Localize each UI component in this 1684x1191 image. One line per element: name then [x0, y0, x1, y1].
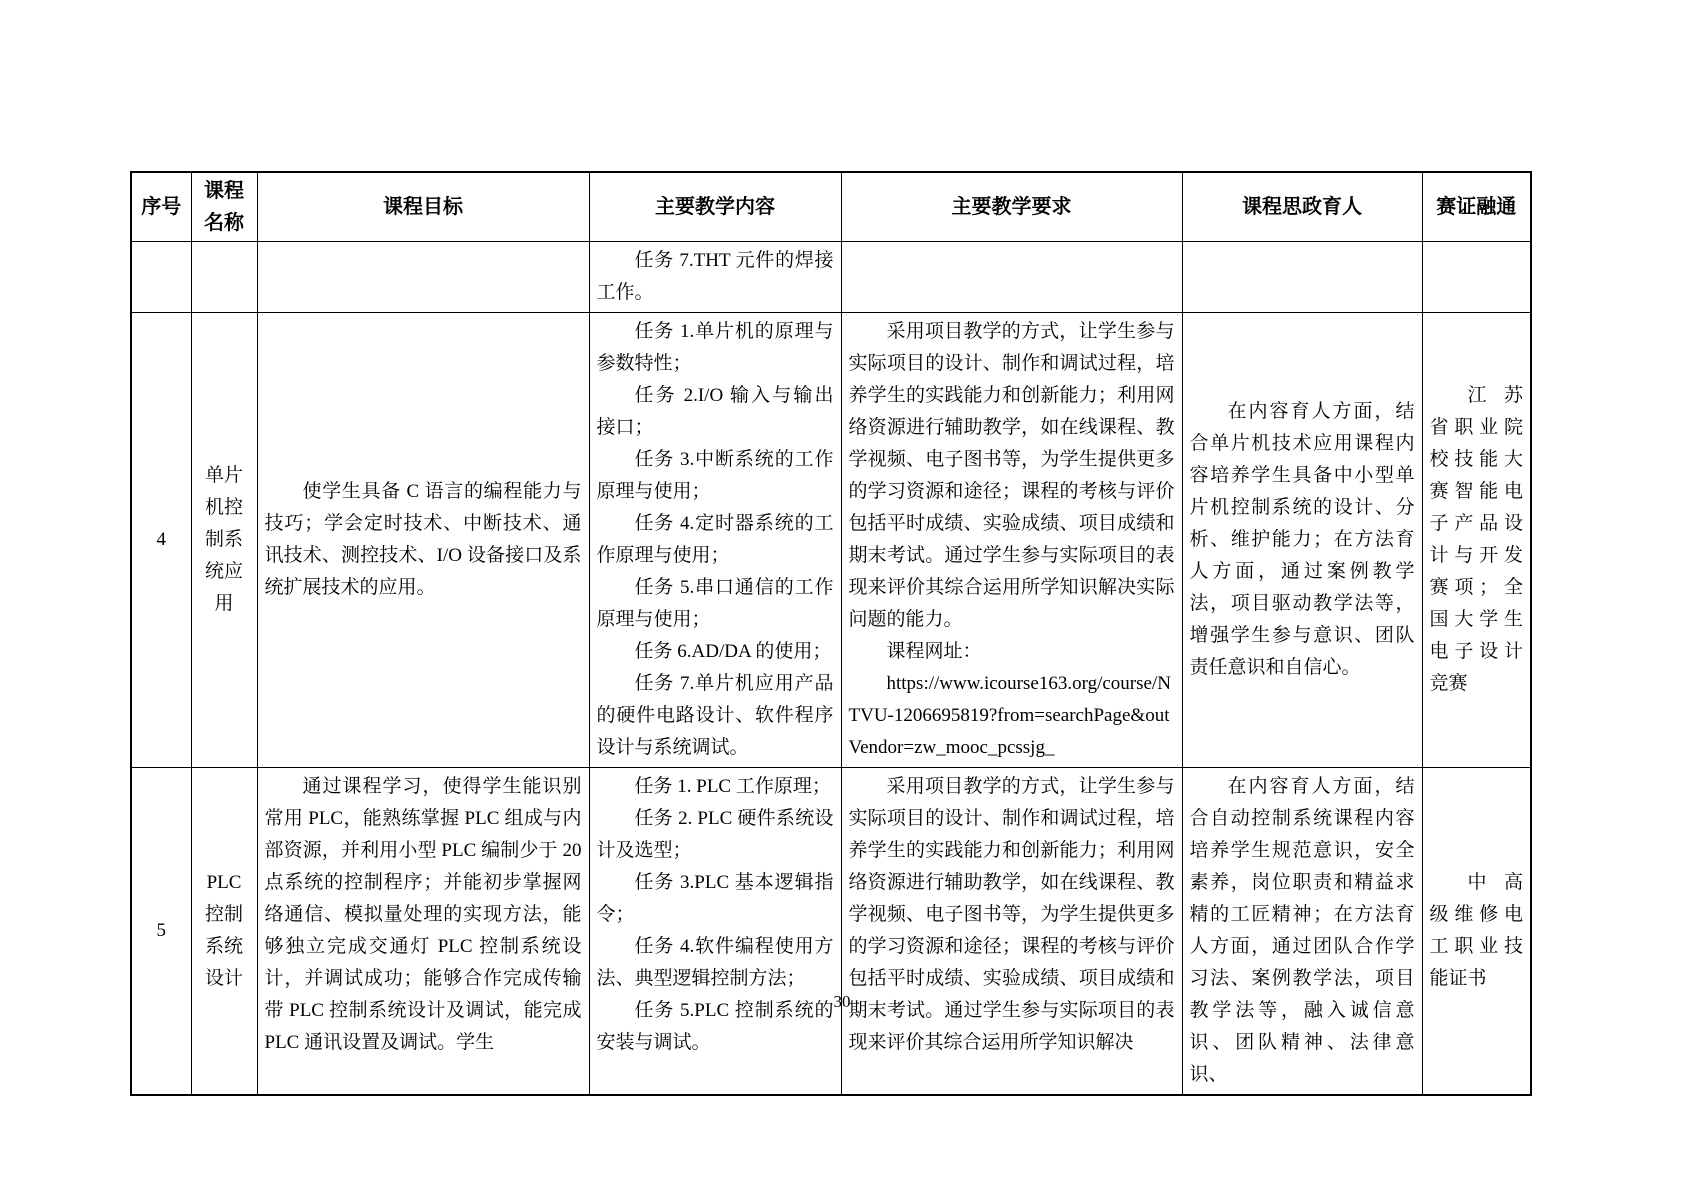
course-website-url: https://www.icourse163.org/course/NTVU-1… — [849, 668, 1175, 764]
objectives-paragraph: 通过课程学习，使得学生能识别常用 PLC，能熟练掌握 PLC 组成与内部资源，并… — [265, 771, 582, 1059]
cell-teaching-content: 任务 1. PLC 工作原理； 任务 2. PLC 硬件系统设计及选型； 任务 … — [589, 768, 841, 1096]
cell-certification — [1422, 242, 1531, 313]
header-course-objectives: 课程目标 — [257, 172, 589, 242]
cell-teaching-content: 任务 7.THT 元件的焊接工作。 — [589, 242, 841, 313]
cell-objectives: 使学生具备 C 语言的编程能力与技巧；学会定时技术、中断技术、通讯技术、测控技术… — [257, 313, 589, 768]
cell-seq — [131, 242, 191, 313]
header-teaching-content: 主要教学内容 — [589, 172, 841, 242]
content-paragraph: 任务 2.I/O 输入与输出接口； — [597, 380, 834, 444]
table-row-5: 5 PLC控制系统设计 通过课程学习，使得学生能识别常用 PLC，能熟练掌握 P… — [131, 768, 1531, 1096]
page-number: 30 — [0, 992, 1684, 1012]
content-paragraph: 任务 3.中断系统的工作原理与使用； — [597, 444, 834, 508]
cell-teaching-requirements — [841, 242, 1182, 313]
cell-certification: 中高级维修电工职业技能证书 — [1422, 768, 1531, 1096]
content-paragraph: 任务 4.软件编程使用方法、典型逻辑控制方法； — [597, 931, 834, 995]
cell-ideology: 在内容育人方面，结合单片机技术应用课程内容培养学生具备中小型单片机控制系统的设计… — [1182, 313, 1422, 768]
header-seq: 序号 — [131, 172, 191, 242]
cell-course-name — [191, 242, 257, 313]
certification-paragraph: 江苏省职业院校技能大赛智能电子产品设计与开发赛项；全国大学生电子设计竞赛 — [1430, 380, 1524, 700]
header-ideology-education: 课程思政育人 — [1182, 172, 1422, 242]
content-paragraph: 任务 3.PLC 基本逻辑指令； — [597, 867, 834, 931]
cell-teaching-requirements: 采用项目教学的方式，让学生参与实际项目的设计、制作和调试过程，培养学生的实践能力… — [841, 768, 1182, 1096]
cell-ideology: 在内容育人方面，结合自动控制系统课程内容培养学生规范意识，安全素养，岗位职责和精… — [1182, 768, 1422, 1096]
header-course-name: 课程名称 — [191, 172, 257, 242]
ideology-paragraph: 在内容育人方面，结合自动控制系统课程内容培养学生规范意识，安全素养，岗位职责和精… — [1190, 771, 1415, 1091]
content-paragraph: 任务 1. PLC 工作原理； — [597, 771, 834, 803]
certification-paragraph: 中高级维修电工职业技能证书 — [1430, 867, 1524, 995]
table-row-4: 4 单片机控制系统应用 使学生具备 C 语言的编程能力与技巧；学会定时技术、中断… — [131, 313, 1531, 768]
cell-seq: 4 — [131, 313, 191, 768]
cell-teaching-content: 任务 1.单片机的原理与参数特性； 任务 2.I/O 输入与输出接口； 任务 3… — [589, 313, 841, 768]
cell-course-name: PLC控制系统设计 — [191, 768, 257, 1096]
header-row: 序号 课程名称 课程目标 主要教学内容 主要教学要求 课程思政育人 赛证融通 — [131, 172, 1531, 242]
requirements-paragraph: 采用项目教学的方式，让学生参与实际项目的设计、制作和调试过程，培养学生的实践能力… — [849, 771, 1175, 1059]
content-paragraph: 任务 7.单片机应用产品的硬件电路设计、软件程序设计与系统调试。 — [597, 668, 834, 764]
content-paragraph: 任务 2. PLC 硬件系统设计及选型； — [597, 803, 834, 867]
content-paragraph: 任务 6.AD/DA 的使用； — [597, 636, 834, 668]
ideology-paragraph: 在内容育人方面，结合单片机技术应用课程内容培养学生具备中小型单片机控制系统的设计… — [1190, 396, 1415, 684]
content-paragraph: 任务 4.定时器系统的工作原理与使用； — [597, 508, 834, 572]
cell-objectives: 通过课程学习，使得学生能识别常用 PLC，能熟练掌握 PLC 组成与内部资源，并… — [257, 768, 589, 1096]
cell-objectives — [257, 242, 589, 313]
header-certification: 赛证融通 — [1422, 172, 1531, 242]
cell-teaching-requirements: 采用项目教学的方式，让学生参与实际项目的设计、制作和调试过程，培养学生的实践能力… — [841, 313, 1182, 768]
requirements-paragraph: 采用项目教学的方式，让学生参与实际项目的设计、制作和调试过程，培养学生的实践能力… — [849, 316, 1175, 636]
course-syllabus-table: 序号 课程名称 课程目标 主要教学内容 主要教学要求 课程思政育人 赛证融通 任… — [130, 171, 1532, 1096]
content-paragraph: 任务 7.THT 元件的焊接工作。 — [597, 245, 834, 309]
objectives-paragraph: 使学生具备 C 语言的编程能力与技巧；学会定时技术、中断技术、通讯技术、测控技术… — [265, 476, 582, 604]
content-paragraph: 任务 5.串口通信的工作原理与使用； — [597, 572, 834, 636]
cell-course-name: 单片机控制系统应用 — [191, 313, 257, 768]
course-website-label: 课程网址： — [849, 636, 1175, 668]
header-teaching-requirements: 主要教学要求 — [841, 172, 1182, 242]
cell-ideology — [1182, 242, 1422, 313]
cell-seq: 5 — [131, 768, 191, 1096]
cell-certification: 江苏省职业院校技能大赛智能电子产品设计与开发赛项；全国大学生电子设计竞赛 — [1422, 313, 1531, 768]
content-paragraph: 任务 1.单片机的原理与参数特性； — [597, 316, 834, 380]
table-row-continuation: 任务 7.THT 元件的焊接工作。 — [131, 242, 1531, 313]
